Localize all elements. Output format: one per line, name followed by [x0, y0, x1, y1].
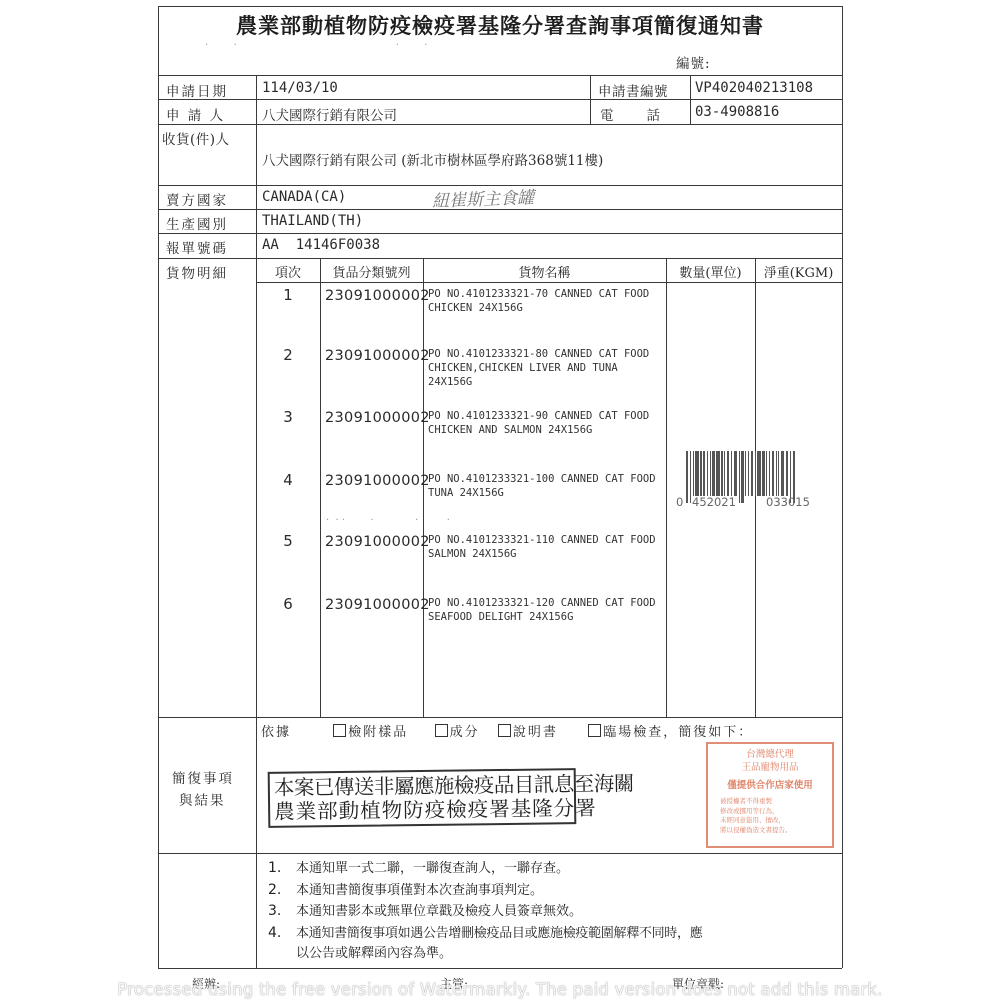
checkbox-square-icon[interactable] [588, 724, 601, 737]
goods-name: PO NO.4101233321-110 CANNED CAT FOOD SAL… [428, 533, 668, 561]
speckle-marks: · · · · [205, 40, 428, 51]
stamp-line2: 農業部動植物防疫檢疫署基隆分署 [274, 796, 570, 824]
frame-right-border [842, 6, 843, 968]
note-item: 3.本通知書影本或無單位章戳及檢疫人員簽章無效。 [268, 901, 838, 923]
basis-label: 依據 [261, 725, 291, 740]
official-stamp: 本案已傳送非屬應施檢疫品目訊息至海關 農業部動植物防疫檢疫署基隆分署 [268, 768, 577, 828]
goods-detail-label: 貨物明細 [166, 262, 228, 282]
reply-label-line2: 與結果 [172, 790, 234, 812]
note-number: 1. [268, 858, 296, 879]
origin-country-value: THAILAND(TH) [262, 213, 363, 229]
goods-name: PO NO.4101233321-70 CANNED CAT FOOD CHIC… [428, 287, 668, 315]
stamp-line1: 本案已傳送非屬應施檢疫品目訊息至海關 [274, 772, 570, 800]
hs-code: 23091000002 [325, 473, 430, 489]
goods-name: PO NO.4101233321-90 CANNED CAT FOOD CHIC… [428, 409, 668, 437]
overlay-warning: 被授權者不得重製 修改或挪用等行為， 未經同意盜用、擅改， 將以侵權偽造文書提告… [708, 797, 832, 835]
row-line [158, 717, 842, 718]
overlay-line7: 將以侵權偽造文書提告。 [720, 826, 832, 836]
column-header-quantity: 數量(單位) [666, 262, 755, 281]
row-line [158, 75, 842, 76]
watermark-text: Processed using the free version of Wate… [0, 980, 1000, 999]
hs-code: 23091000002 [325, 597, 430, 613]
note-text: 本通知書影本或無單位章戳及檢疫人員簽章無效。 [296, 904, 582, 919]
row-line [158, 233, 842, 234]
checkbox-sample[interactable]: 檢附樣品 [333, 725, 408, 740]
checkbox-square-icon[interactable] [333, 724, 346, 737]
barcode-bars [686, 451, 822, 496]
consignee-label: 收貨(件)人 [162, 128, 230, 148]
application-date-label: 申請日期 [166, 80, 228, 100]
note-item: 4.本通知書簡復事項如遇公告增刪檢疫品目或應施檢疫範圍解釋不同時，應 [268, 923, 838, 945]
barcode-group-right: 033015 [766, 495, 810, 509]
row-line [158, 968, 842, 969]
column-header-item-no: 項次 [256, 262, 320, 281]
document-title: 農業部動植物防疫檢疫署基隆分署查詢事項簡復通知書 [160, 10, 840, 40]
distributor-overlay-stamp: 台灣總代理 王品寵物用品 僅提供合作店家使用 被授權者不得重製 修改或挪用等行為… [706, 742, 834, 848]
seller-country-value: CANADA(CA) [262, 189, 346, 205]
frame-top-border [158, 6, 842, 7]
reply-section-label: 簡復事項 與結果 [172, 768, 234, 812]
item-number: 1 [254, 286, 322, 304]
overlay-line1: 台灣總代理 [708, 748, 832, 761]
hs-code: 23091000002 [325, 288, 430, 304]
origin-country-label: 生產國別 [166, 213, 228, 233]
goods-name: PO NO.4101233321-120 CANNED CAT FOOD SEA… [428, 596, 668, 624]
barcode-label: 0 452021 033015 [676, 448, 828, 518]
note-text: 本通知單一式二聯，一聯復查詢人，一聯存查。 [296, 861, 569, 876]
hs-code: 23091000002 [325, 534, 430, 550]
phone-value: 03-4908816 [695, 104, 779, 120]
declaration-number-label: 報單號碼 [166, 237, 228, 257]
declaration-number-value: AA 14146F0038 [262, 237, 380, 253]
note-text: 本通知書簡復事項僅對本次查詢事項判定。 [296, 883, 543, 898]
note-number: 4. [268, 923, 296, 944]
form-number-label: 申請書編號 [598, 80, 668, 100]
item-number: 3 [254, 408, 322, 426]
column-header-goods-name: 貨物名稱 [423, 262, 666, 281]
goods-name: PO NO.4101233321-80 CANNED CAT FOOD CHIC… [428, 347, 668, 389]
col-divider [590, 75, 591, 124]
application-date-value: 114/03/10 [262, 80, 338, 96]
basis-row: 依據 檢附樣品 成分 說明書 臨場檢查，簡復如下： [261, 721, 753, 740]
note-item: 1.本通知單一式二聯，一聯復查詢人，一聯存查。 [268, 858, 838, 880]
overlay-line4: 被授權者不得重製 [720, 797, 832, 807]
checkbox-ingredients[interactable]: 成分 [435, 725, 480, 740]
hs-code: 23091000002 [325, 410, 430, 426]
serial-number-label: 編號: [676, 52, 711, 72]
column-header-hs-code: 貨品分類號列 [320, 262, 423, 281]
row-line [158, 124, 842, 125]
overlay-line5: 修改或挪用等行為， [720, 807, 832, 817]
reply-label-line1: 簡復事項 [172, 768, 234, 790]
speckle-marks: · · · · · · [326, 515, 450, 526]
note-text: 本通知書簡復事項如遇公告增刪檢疫品目或應施檢疫範圍解釋不同時，應 [296, 926, 702, 941]
checkbox-square-icon[interactable] [498, 724, 511, 737]
label-column-divider [256, 75, 257, 968]
item-number: 4 [254, 471, 322, 489]
note-number: 3. [268, 901, 296, 922]
goods-name: PO NO.4101233321-100 CANNED CAT FOOD TUN… [428, 472, 668, 500]
note-continuation: 以公告或解釋函內容為準。 [268, 944, 838, 965]
frame-left-border [158, 6, 159, 968]
item-number: 6 [254, 595, 322, 613]
applicant-label: 申 請 人 [166, 104, 225, 124]
overlay-line6: 未經同意盜用、擅改， [720, 816, 832, 826]
overlay-line3: 僅提供合作店家使用 [708, 779, 832, 792]
applicant-value: 八犬國際行銷有限公司 [262, 104, 397, 124]
checkbox-manual[interactable]: 說明書 [498, 725, 558, 740]
checkbox-square-icon[interactable] [435, 724, 448, 737]
overlay-line2: 王品寵物用品 [708, 761, 832, 774]
phone-label: 電 話 [600, 104, 662, 124]
notes-list: 1.本通知單一式二聯，一聯復查詢人，一聯存查。 2.本通知書簡復事項僅對本次查詢… [268, 858, 838, 965]
row-line [158, 258, 842, 259]
column-header-net-weight: 淨重(KGM) [755, 262, 842, 281]
note-item: 2.本通知書簡復事項僅對本次查詢事項判定。 [268, 880, 838, 902]
item-number: 2 [254, 346, 322, 364]
note-number: 2. [268, 880, 296, 901]
hs-code: 23091000002 [325, 348, 430, 364]
seller-country-label: 賣方國家 [166, 189, 228, 209]
checkbox-onsite-inspection[interactable]: 臨場檢查，簡復如下： [588, 725, 753, 740]
item-number: 5 [254, 532, 322, 550]
barcode-digit-left: 0 [676, 495, 683, 509]
row-line [158, 99, 842, 100]
handwritten-note: 紐崔斯主食罐 [432, 183, 535, 212]
consignee-value: 八犬國際行銷有限公司 (新北市樹林區學府路368號11樓) [262, 149, 603, 169]
row-line [158, 853, 842, 854]
col-divider [690, 75, 691, 124]
barcode-group-left: 452021 [692, 495, 736, 509]
form-number-value: VP402040213108 [695, 80, 813, 96]
